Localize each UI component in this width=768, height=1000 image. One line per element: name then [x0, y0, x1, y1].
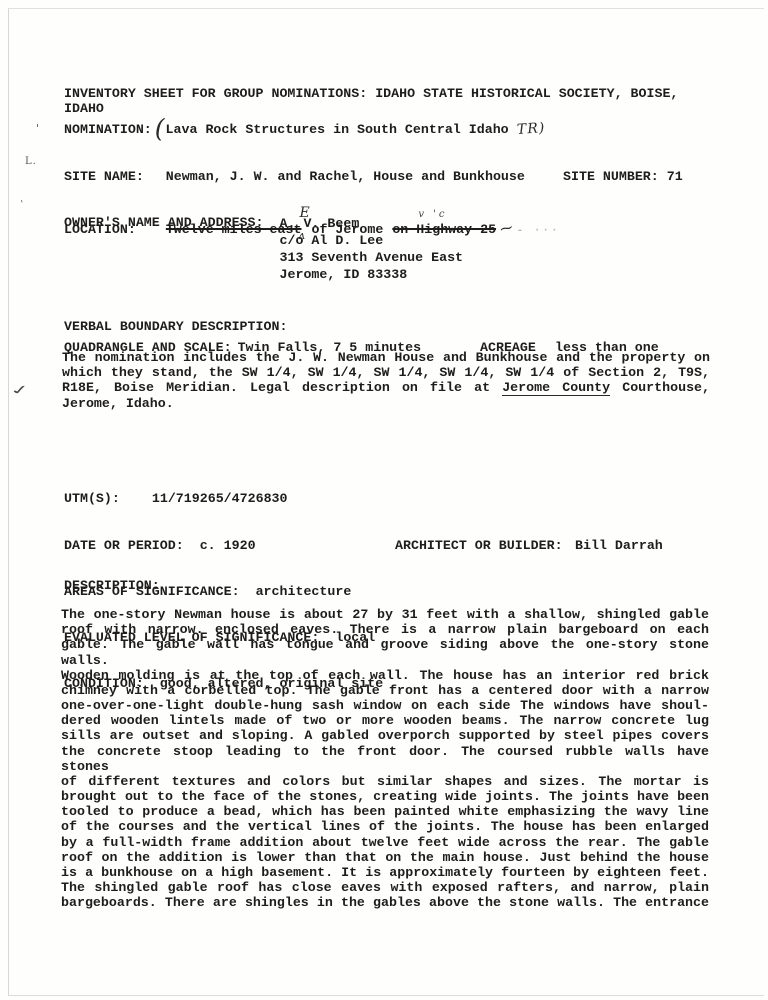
field-site-name: SITE NAME:Newman, J. W. and Rachel, Hous… — [64, 169, 712, 184]
field-nomination: NOMINATION:(Lava Rock Structures in Sout… — [64, 120, 712, 137]
owner-address-block: A. V. Beem c/o Al D. Lee 313 Seventh Ave… — [280, 215, 464, 283]
description-paragraph: The one-story Newman house is about 27 b… — [61, 607, 709, 910]
description-line: The one-story Newman house is about 27 b… — [61, 607, 709, 622]
line-segment: R18E, Boise Meridian. Legal description … — [62, 380, 502, 395]
field-utm: UTM(S):11/719265/4726830 — [64, 491, 712, 506]
handwritten-margin-mark: ` — [16, 198, 26, 214]
architect-label: ARCHITECT OR BUILDER: — [395, 538, 563, 553]
document-title: INVENTORY SHEET FOR GROUP NOMINATIONS: I… — [64, 86, 712, 116]
description-line: tooled to produce a bead, which has been… — [61, 804, 709, 819]
date-period-value: c. 1920 — [200, 538, 256, 553]
nomination-value: Lava Rock Structures in South Central Id… — [166, 122, 509, 137]
verbal-boundary-paragraph: The nomination includes the J. W. Newman… — [62, 350, 710, 411]
owner-address-line: 313 Seventh Avenue East — [280, 249, 464, 266]
handwritten-note-tr: TR) — [516, 121, 545, 138]
site-name-value: Newman, J. W. and Rachel, House and Bunk… — [166, 169, 525, 184]
line-segment: Courthouse, — [610, 380, 710, 395]
owner-address-line: A. V. Beem — [280, 215, 464, 232]
field-date-period: DATE OR PERIOD:c. 1920 ARCHITECT OR BUIL… — [64, 538, 712, 553]
field-owner: OWNER'S NAME AND ADDRESS: A. V. Beem c/o… — [64, 215, 712, 283]
description-line: dered wooden lintels made of two or more… — [61, 713, 709, 728]
underlined-text: Jerome County — [502, 380, 610, 396]
description-line: brought out to the face of the stones, c… — [61, 789, 709, 804]
architect-value: Bill Darrah — [575, 538, 663, 553]
description-line: one-over-one-light double-hung sash wind… — [61, 698, 709, 713]
owner-address-line: c/o Al D. Lee — [280, 232, 464, 249]
description-line: by a full-width frame addition about twe… — [61, 835, 709, 850]
utm-label: UTM(S): — [64, 491, 120, 506]
nomination-label: NOMINATION: — [64, 122, 152, 137]
handwritten-margin-mark: ' — [36, 121, 39, 136]
site-number-label: SITE NUMBER: — [563, 169, 659, 184]
date-period-label: DATE OR PERIOD: — [64, 538, 184, 553]
verbal-boundary-label: VERBAL BOUNDARY DESCRIPTION: — [64, 319, 712, 334]
paragraph-line: R18E, Boise Meridian. Legal description … — [62, 380, 710, 395]
description-line: roof with narrow. enclosed eaves. There … — [61, 622, 709, 637]
description-line: gable. The gable wall has tongue and gro… — [61, 637, 709, 667]
handwritten-margin-mark: L. — [25, 154, 37, 169]
description-line: The shingled gable roof has close eaves … — [61, 880, 709, 895]
description-line: of different textures and colors but sim… — [61, 774, 709, 789]
description-line: the concrete stoop leading to the front … — [61, 744, 709, 774]
inventory-sheet-page: ' L. ` ✓ INVENTORY SHEET FOR GROUP NOMIN… — [0, 0, 768, 1000]
description-line: of the courses and the vertical lines of… — [61, 819, 709, 834]
owner-label: OWNER'S NAME AND ADDRESS: — [64, 215, 264, 230]
description-line: Wooden molding is at the top of each wal… — [61, 668, 709, 683]
handwritten-paren-open: ( — [155, 114, 165, 143]
site-number: SITE NUMBER:71 — [563, 169, 683, 184]
paragraph-line: which they stand, the SW 1/4, SW 1/4, SW… — [62, 365, 710, 380]
site-number-value: 71 — [667, 169, 683, 184]
paragraph-line: The nomination includes the J. W. Newman… — [62, 350, 710, 365]
site-name-label: SITE NAME: — [64, 169, 144, 184]
description-line: chimney with a corbelled top. The gable … — [61, 683, 709, 698]
description-label: DESCRIPTION: — [64, 578, 712, 593]
description-line: roof on the addition is lower than that … — [61, 850, 709, 865]
paragraph-line: Jerome, Idaho. — [62, 396, 710, 411]
description-line: sills are outset and sloping. A gabled o… — [61, 728, 709, 743]
description-line: bargeboards. There are shingles in the g… — [61, 895, 709, 910]
handwritten-checkmark: ✓ — [7, 382, 34, 399]
description-line: is a bunkhouse on a high basement. It is… — [61, 865, 709, 880]
utm-value: 11/719265/4726830 — [152, 491, 288, 506]
owner-address-line: Jerome, ID 83338 — [280, 266, 464, 283]
